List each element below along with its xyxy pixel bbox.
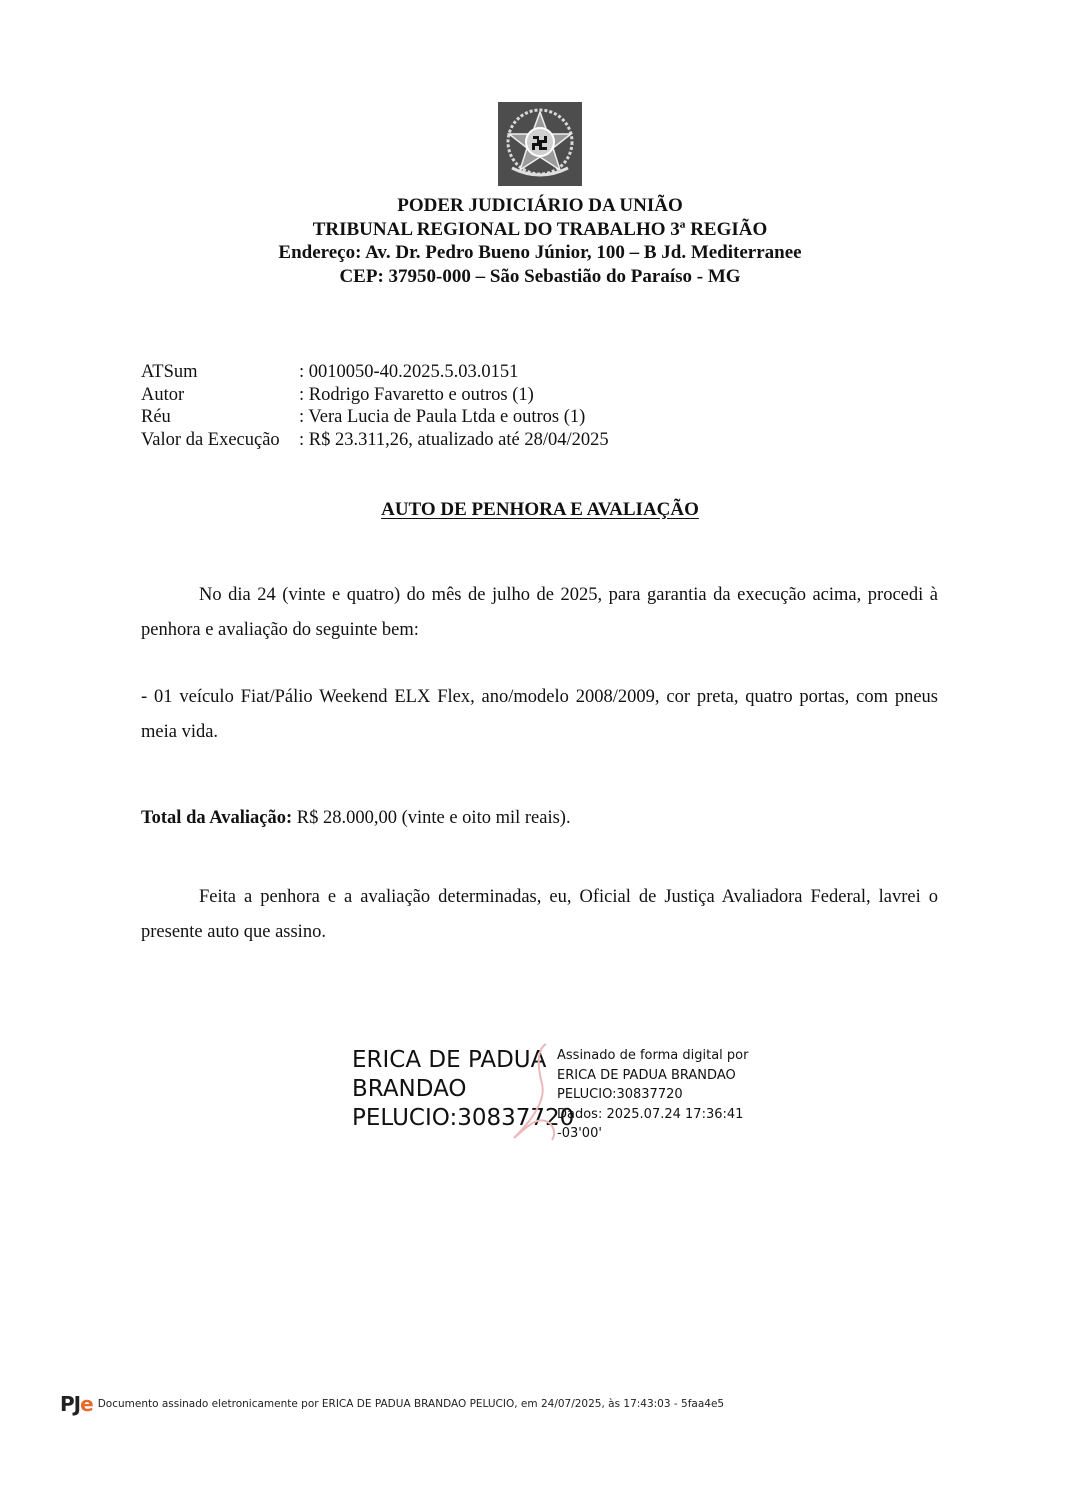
signature-detail-line: -03'00' [557,1124,748,1144]
signature-detail-line: Assinado de forma digital por [557,1046,748,1066]
intro-paragraph: No dia 24 (vinte e quatro) do mês de jul… [141,578,938,647]
signature-details: Assinado de forma digital por ERICA DE P… [557,1046,748,1144]
pje-logo-accent: e [80,1392,93,1416]
closing-paragraph: Feita a penhora e a avaliação determinad… [141,880,938,949]
seized-item-paragraph: - 01 veículo Fiat/Pálio Weekend ELX Flex… [141,680,938,749]
case-info-row-defendant: Réu : Vera Lucia de Paula Ltda e outros … [141,406,609,429]
adobe-signature-mark-icon [502,1040,562,1146]
case-info-value: : R$ 23.311,26, atualizado até 28/04/202… [299,429,609,452]
case-info-row-process: ATSum : 0010050-40.2025.5.03.0151 [141,361,609,384]
header-line-address: Endereço: Av. Dr. Pedro Bueno Júnior, 10… [0,241,1080,265]
case-info-row-execution-value: Valor da Execução : R$ 23.311,26, atuali… [141,429,609,452]
header-line-tribunal: TRIBUNAL REGIONAL DO TRABALHO 3ª REGIÃO [0,218,1080,242]
pje-footer: PJe Documento assinado eletronicamente p… [60,1392,724,1416]
pje-logo-main: PJ [60,1392,80,1416]
case-info-value: : Rodrigo Favaretto e outros (1) [299,384,534,407]
case-info-label: Autor [141,384,299,407]
case-info-value: : Vera Lucia de Paula Ltda e outros (1) [299,406,585,429]
pje-logo-icon: PJe [60,1392,93,1416]
case-info-label: ATSum [141,361,299,384]
total-valuation-paragraph: Total da Avaliação: R$ 28.000,00 (vinte … [141,801,938,836]
case-info-row-author: Autor : Rodrigo Favaretto e outros (1) [141,384,609,407]
signature-detail-line: Dados: 2025.07.24 17:36:41 [557,1105,748,1125]
case-info-label: Valor da Execução [141,429,299,452]
case-info: ATSum : 0010050-40.2025.5.03.0151 Autor … [141,361,609,451]
signature-detail-line: ERICA DE PADUA BRANDAO [557,1066,748,1086]
brazil-coat-of-arms-icon [498,102,582,186]
header-line-cep: CEP: 37950-000 – São Sebastião do Paraís… [0,265,1080,289]
court-header: PODER JUDICIÁRIO DA UNIÃO TRIBUNAL REGIO… [0,194,1080,288]
total-valuation-label: Total da Avaliação: [141,808,292,828]
footer-signature-notice: Documento assinado eletronicamente por E… [98,1398,724,1410]
header-line-judiciary: PODER JUDICIÁRIO DA UNIÃO [0,194,1080,218]
signature-detail-line: PELUCIO:30837720 [557,1085,748,1105]
case-info-value: : 0010050-40.2025.5.03.0151 [299,361,518,384]
document-title-text: AUTO DE PENHORA E AVALIAÇÃO [381,499,699,520]
document-title: AUTO DE PENHORA E AVALIAÇÃO [0,499,1080,521]
case-info-label: Réu [141,406,299,429]
total-valuation-value: R$ 28.000,00 (vinte e oito mil reais). [292,808,571,828]
